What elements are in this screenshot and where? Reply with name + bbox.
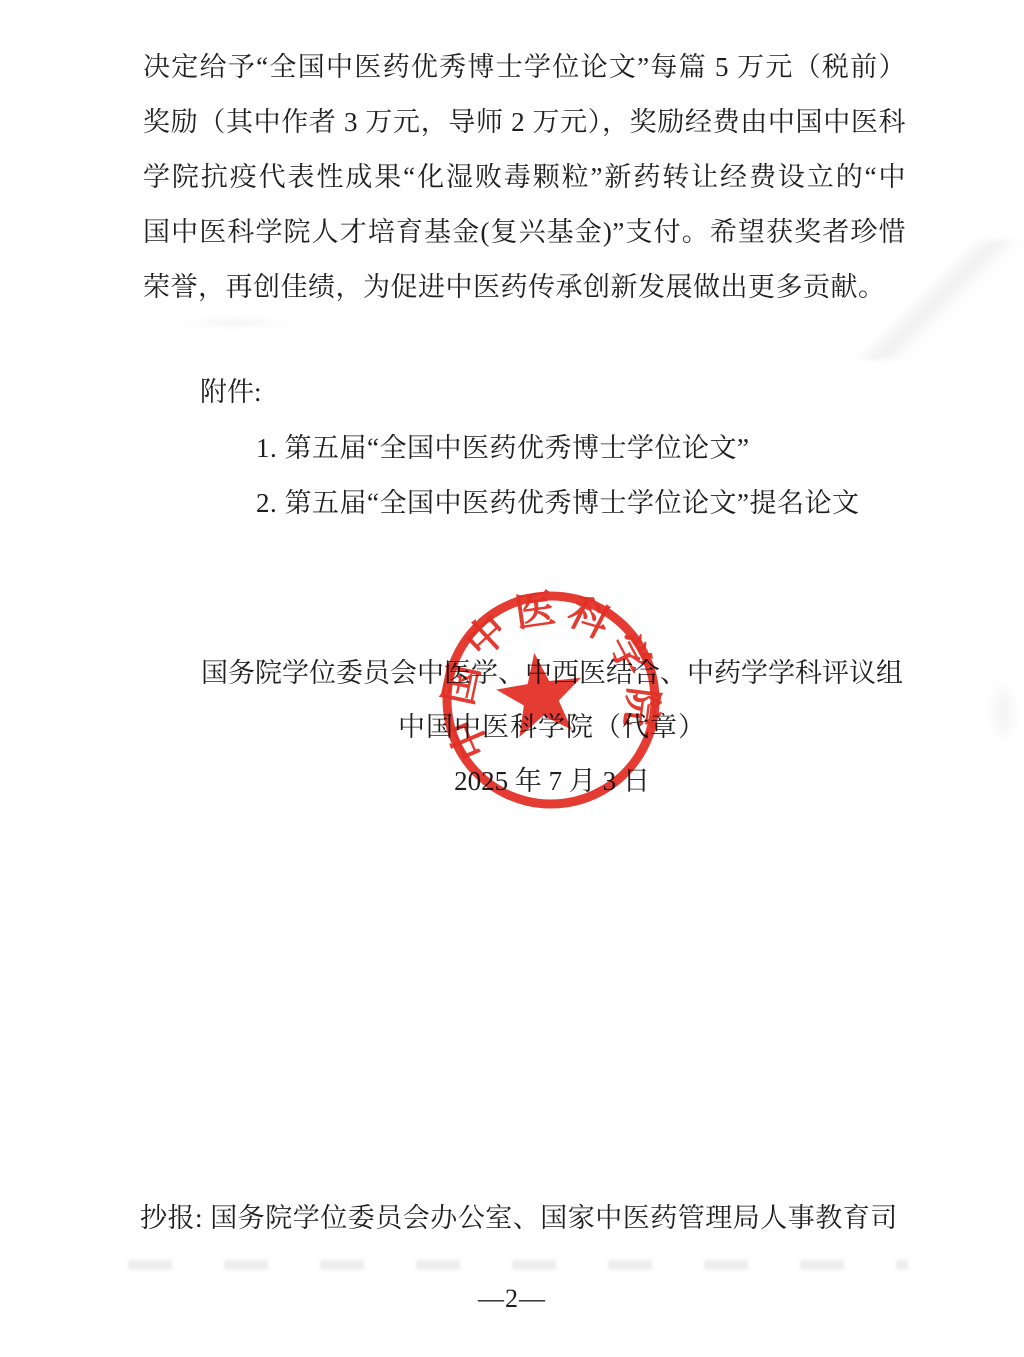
- attachment-item: 1. 第五届“全国中医药优秀博士学位论文”: [256, 426, 749, 465]
- body-line: 奖励（其中作者 3 万元，导师 2 万元），奖励经费由中国中医科: [143, 95, 906, 150]
- scan-noise: [128, 1260, 908, 1270]
- body-line: 决定给予“全国中医药优秀博士学位论文”每篇 5 万元（税前）: [143, 40, 906, 95]
- seal-star-icon: [492, 647, 588, 740]
- attachments-label: 附件:: [200, 370, 262, 409]
- scan-noise: [986, 676, 1020, 746]
- body-line: 荣誉，再创佳绩，为促进中医药传承创新发展做出更多贡献。: [143, 260, 906, 315]
- document-page: 决定给予“全国中医药优秀博士学位论文”每篇 5 万元（税前） 奖励（其中作者 3…: [0, 0, 1024, 1357]
- body-line: 学院抗疫代表性成果“化湿败毒颗粒”新药转让经费设立的“中: [143, 150, 906, 205]
- scan-noise: [176, 316, 296, 330]
- body-line: 国中医科学院人才培育基金(复兴基金)”支付。希望获奖者珍惜: [143, 205, 906, 260]
- body-paragraph: 决定给予“全国中医药优秀博士学位论文”每篇 5 万元（税前） 奖励（其中作者 3…: [143, 40, 906, 315]
- copy-to-line: 抄报: 国务院学位委员会办公室、国家中医药管理局人事教育司: [140, 1196, 898, 1235]
- seal-arc-text: 中国中医科学院: [428, 573, 671, 767]
- page-number: —2—: [0, 1284, 1024, 1314]
- attachment-item: 2. 第五届“全国中医药优秀博士学位论文”提名论文: [256, 481, 859, 520]
- official-seal-stamp: 中国中医科学院: [428, 570, 674, 830]
